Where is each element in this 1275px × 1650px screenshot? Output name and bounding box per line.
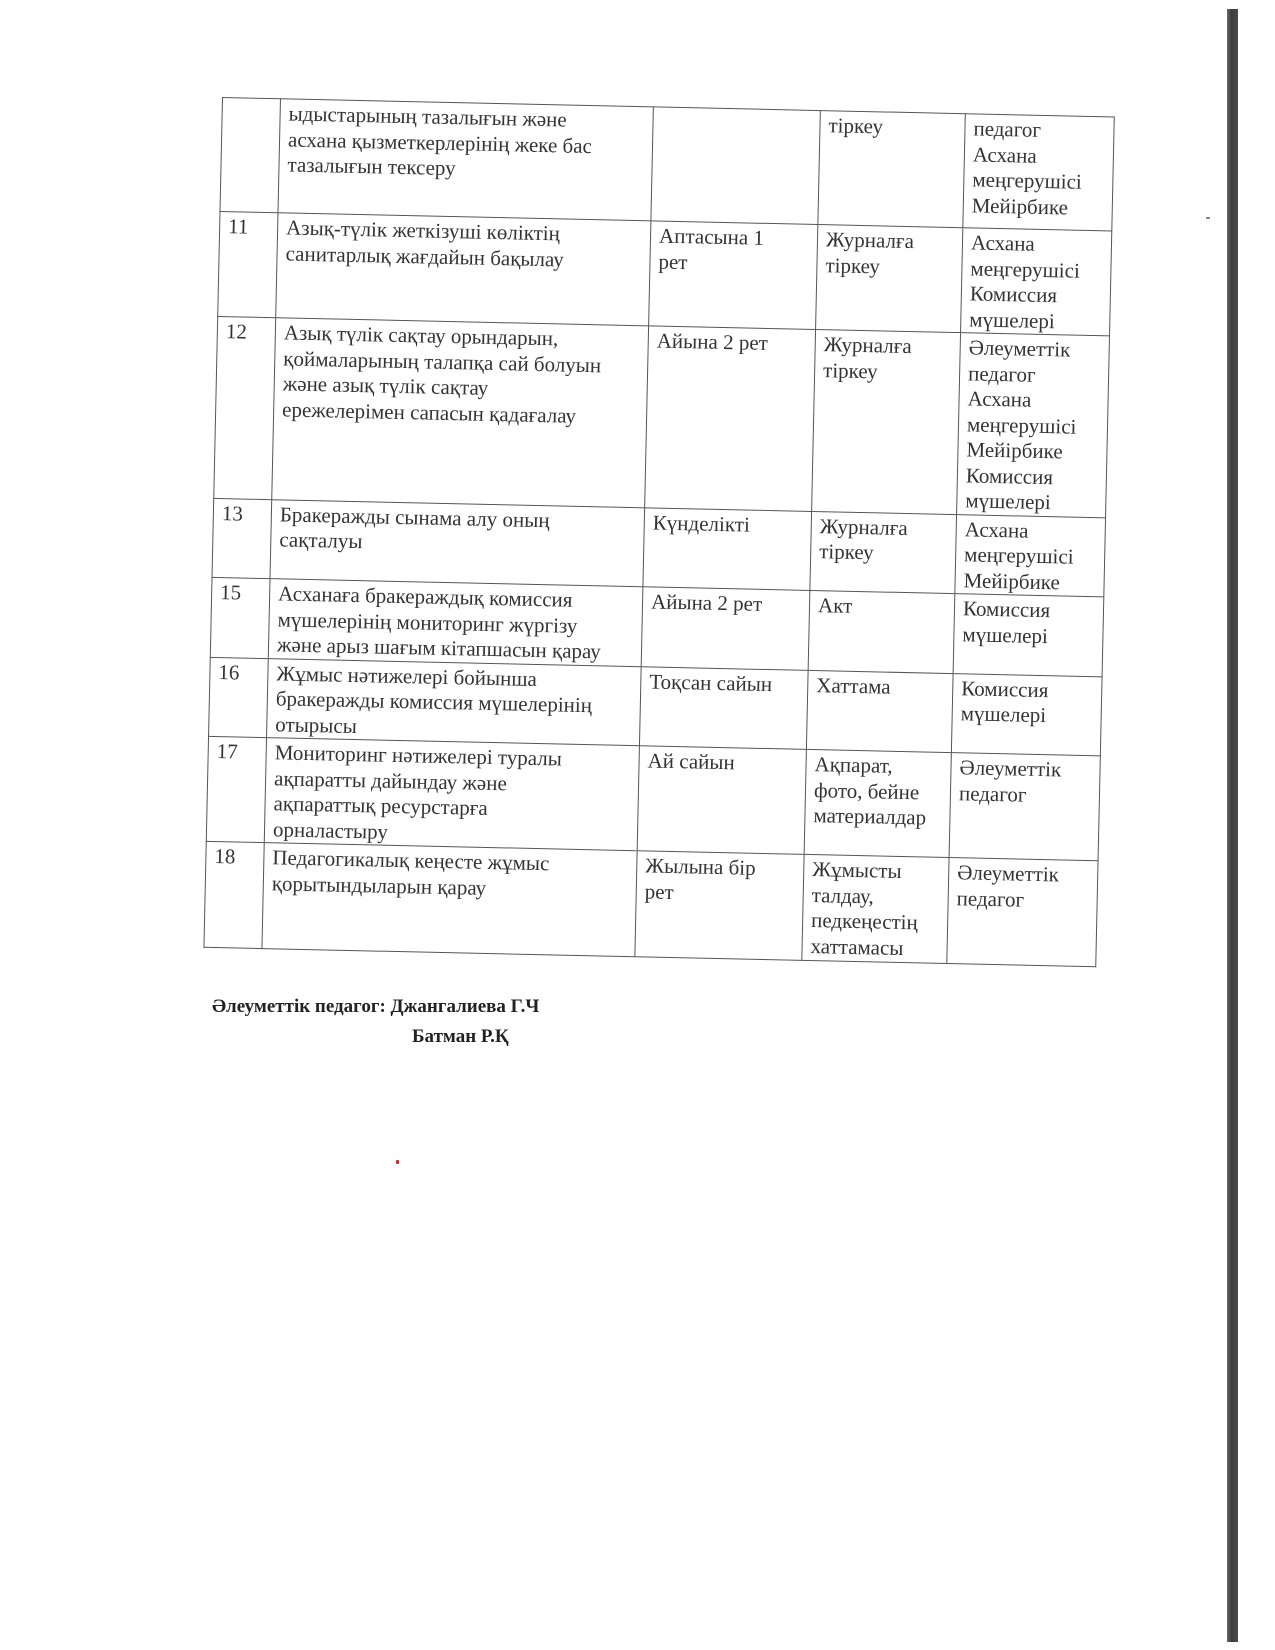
plan-table: ыдыстарының тазалығын және асхана қызмет… <box>203 97 1114 967</box>
form-cell: Журналға тіркеу <box>816 225 963 333</box>
frequency-cell <box>651 107 820 225</box>
signature-block: Әлеуметтік педагог: Джангалиева Г.Ч Батм… <box>212 992 539 1052</box>
scan-speck-red <box>396 1160 399 1164</box>
responsible-cell: Комиссия мүшелері <box>953 594 1104 677</box>
table-row: ыдыстарының тазалығын және асхана қызмет… <box>220 98 1114 231</box>
signature-line-1: Әлеуметтік педагог: Джангалиева Г.Ч <box>212 992 539 1022</box>
form-cell: Журналға тіркеу <box>812 330 961 515</box>
form-cell: Акт <box>808 590 955 673</box>
table-row: 12 Азық түлік сақтау орындарын, қоймалар… <box>214 316 1110 517</box>
activity-cell: Бракеражды сынама алу оның сақталуы <box>270 499 645 587</box>
form-cell: тіркеу <box>818 111 965 228</box>
form-cell: Хаттама <box>806 670 953 753</box>
scan-speck <box>1206 217 1210 219</box>
form-cell: Жұмысты талдау, педкеңестің хаттамасы <box>802 854 949 963</box>
activity-cell: Жұмыс нәтижелері бойынша бракеражды коми… <box>267 658 642 746</box>
row-number: 17 <box>206 736 266 842</box>
responsible-cell: Әлеуметтік педагог <box>947 858 1098 967</box>
row-number: 18 <box>204 841 264 948</box>
plan-table-body: ыдыстарының тазалығын және асхана қызмет… <box>204 98 1114 967</box>
frequency-cell: Айына 2 рет <box>641 587 810 670</box>
responsible-cell: Асхана меңгерушісі Мейірбике <box>955 514 1106 597</box>
frequency-cell: Ай сайын <box>637 746 806 855</box>
table-row: 11 Азық-түлік жеткізуші көліктің санитар… <box>218 211 1112 335</box>
frequency-cell: Жылына бір рет <box>635 851 804 961</box>
activity-cell: Асханаға бракераждық комиссия мүшелеріні… <box>268 579 643 667</box>
frequency-cell: Тоқсан сайын <box>639 666 808 749</box>
frequency-cell: Айына 2 рет <box>645 326 816 511</box>
frequency-cell: Аптасына 1 рет <box>649 221 818 330</box>
scan-edge-shadow <box>1227 9 1238 1642</box>
table-row: 17 Мониторинг нәтижелері туралы ақпаратт… <box>206 736 1100 860</box>
activity-cell: Мониторинг нәтижелері туралы ақпаратты д… <box>264 738 639 851</box>
frequency-cell: Күнделікті <box>643 507 812 590</box>
activity-cell: Азық түлік сақтау орындарын, қоймаларыны… <box>272 318 649 508</box>
row-number: 13 <box>212 498 272 579</box>
activity-cell: Азық-түлік жеткізуші көліктің санитарлық… <box>276 213 651 326</box>
form-cell: Ақпарат, фото, бейне материалдар <box>804 749 951 857</box>
row-number: 12 <box>214 316 276 499</box>
responsible-cell: Әлеуметтік педагог Асхана меңгерушісі Ме… <box>957 333 1110 518</box>
table-row: 18 Педагогикалық кеңесте жұмыс қорытынды… <box>204 841 1098 966</box>
responsible-cell: Асхана меңгерушісі Комиссия мүшелері <box>961 228 1112 336</box>
row-number: 16 <box>209 657 269 738</box>
responsible-cell: Әлеуметтік педагог <box>949 753 1100 861</box>
row-number <box>220 98 280 213</box>
signature-line-2: Батман Р.Қ <box>212 1022 539 1052</box>
row-number: 15 <box>210 577 270 658</box>
plan-table-container: ыдыстарының тазалығын және асхана қызмет… <box>203 97 1114 967</box>
form-cell: Журналға тіркеу <box>810 511 957 594</box>
row-number: 11 <box>218 211 278 317</box>
responsible-cell: Комиссия мүшелері <box>951 673 1102 756</box>
activity-cell: ыдыстарының тазалығын және асхана қызмет… <box>278 99 653 221</box>
activity-cell: Педагогикалық кеңесте жұмыс қорытындылар… <box>262 843 637 957</box>
responsible-cell: педагог Асхана меңгерушісі Мейірбике <box>963 114 1114 231</box>
